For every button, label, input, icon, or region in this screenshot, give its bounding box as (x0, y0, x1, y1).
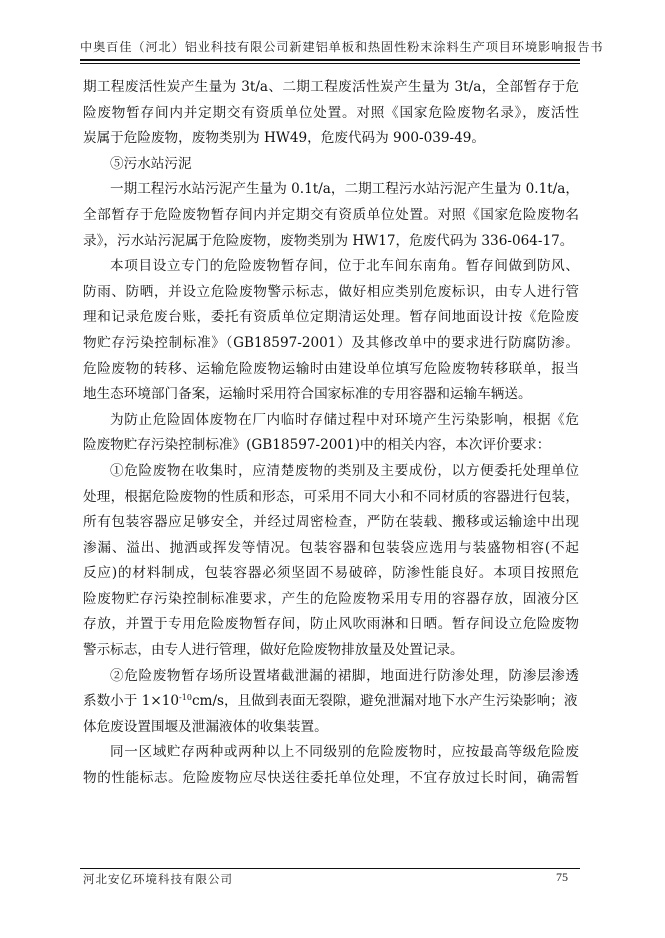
page-header-title: 中奥百佳（河北）铝业科技有限公司新建铝单板和热固性粉末涂料生产项目环境影响报告书 (80, 38, 580, 55)
text-line: 物的性能标志。危险废物应尽快送往委托单位处理，不宜存放过长时间，确需暂 (83, 766, 579, 792)
text-line: 险废物贮存污染控制标准》(GB18597-2001)中的相关内容，本次评价要求： (83, 433, 579, 459)
footer-company: 河北安亿环境科技有限公司 (83, 871, 233, 887)
text-segment: 系数小于 1×10 (83, 693, 179, 709)
text-line: 所有包装容器应足够安全，并经过周密检查，严防在装载、搬移或运输途中出现 (83, 510, 579, 536)
text-line: 防雨、防晒，并设立危险废物警示标志，做好相应类别危废标识，由专人进行管 (83, 280, 579, 306)
text-line: 处理，根据危险废物的性质和形态，可采用不同大小和不同材质的容器进行包装， (83, 485, 579, 511)
text-line: 期工程废活性炭产生量为 3t/a、二期工程废活性炭产生量为 3t/a，全部暂存于… (83, 75, 579, 101)
body-text: 期工程废活性炭产生量为 3t/a、二期工程废活性炭产生量为 3t/a，全部暂存于… (83, 75, 579, 792)
text-line: ①危险废物在收集时，应清楚废物的类别及主要成份，以方便委托处理单位 (83, 459, 579, 485)
header-rule-thick (80, 59, 580, 61)
section-heading: ⑤污水站污泥 (83, 152, 579, 178)
text-line: 全部暂存于危险废物暂存间内并定期交有资质单位处置。对照《国家危险废物名 (83, 203, 579, 229)
text-line: 体危废设置围堰及泄漏液体的收集装置。 (83, 715, 579, 741)
document-page: 中奥百佳（河北）铝业科技有限公司新建铝单板和热固性粉末涂料生产项目环境影响报告书… (0, 0, 665, 938)
text-line: ②危险废物暂存场所设置堵截泄漏的裙脚，地面进行防渗处理，防渗层渗透 (83, 664, 579, 690)
page-number: 75 (556, 870, 568, 885)
text-line: 本项目设立专门的危险废物暂存间，位于北车间东南角。暂存间做到防风、 (83, 254, 579, 280)
text-line: 险废物贮存污染控制标准要求，产生的危险废物采用专用的容器存放，固液分区 (83, 587, 579, 613)
text-segment: cm/s，且做到表面无裂隙，避免泄漏对地下水产生污染影响；液 (192, 693, 578, 709)
text-line: 录》，污水站污泥属于危险废物，废物类别为 HW17，危废代码为 336-064-… (83, 229, 579, 255)
text-line: 危险废物的转移、运输危险废物运输时由建设单位填写危险废物转移联单，报当 (83, 357, 579, 383)
text-line: 物贮存污染控制标准》（GB18597-2001）及其修改单中的要求进行防腐防渗。 (83, 331, 579, 357)
text-line: 系数小于 1×10-10cm/s，且做到表面无裂隙，避免泄漏对地下水产生污染影响… (83, 689, 579, 715)
text-line: 理和记录危废台账，委托有资质单位定期清运处理。暂存间地面设计按《危险废 (83, 305, 579, 331)
header-rule-thin (80, 63, 580, 64)
text-line: 险废物暂存间内并定期交有资质单位处置。对照《国家危险废物名录》，废活性 (83, 101, 579, 127)
text-line: 警示标志，由专人进行管理，做好危险废物排放量及处置记录。 (83, 638, 579, 664)
text-line: 反应)的材料制成，包装容器必须坚固不易破碎，防渗性能良好。本项目按照危 (83, 561, 579, 587)
text-line: 地生态环境部门备案，运输时采用符合国家标准的专用容器和运输车辆送。 (83, 382, 579, 408)
text-line: 为防止危险固体废物在厂内临时存储过程中对环境产生污染影响，根据《危 (83, 408, 579, 434)
exponent: -10 (179, 693, 192, 702)
text-line: 炭属于危险废物，废物类别为 HW49，危废代码为 900-039-49。 (83, 126, 579, 152)
text-line: 渗漏、溢出、抛洒或挥发等情况。包装容器和包装袋应选用与装盛物相容(不起 (83, 536, 579, 562)
footer-rule (80, 868, 580, 869)
text-line: 存放，并置于专用危险废物暂存间，防止风吹雨淋和日晒。暂存间设立危险废物 (83, 612, 579, 638)
text-line: 同一区域贮存两种或两种以上不同级别的危险废物时，应按最高等级危险废 (83, 740, 579, 766)
text-line: 一期工程污水站污泥产生量为 0.1t/a，二期工程污水站污泥产生量为 0.1t/… (83, 177, 579, 203)
